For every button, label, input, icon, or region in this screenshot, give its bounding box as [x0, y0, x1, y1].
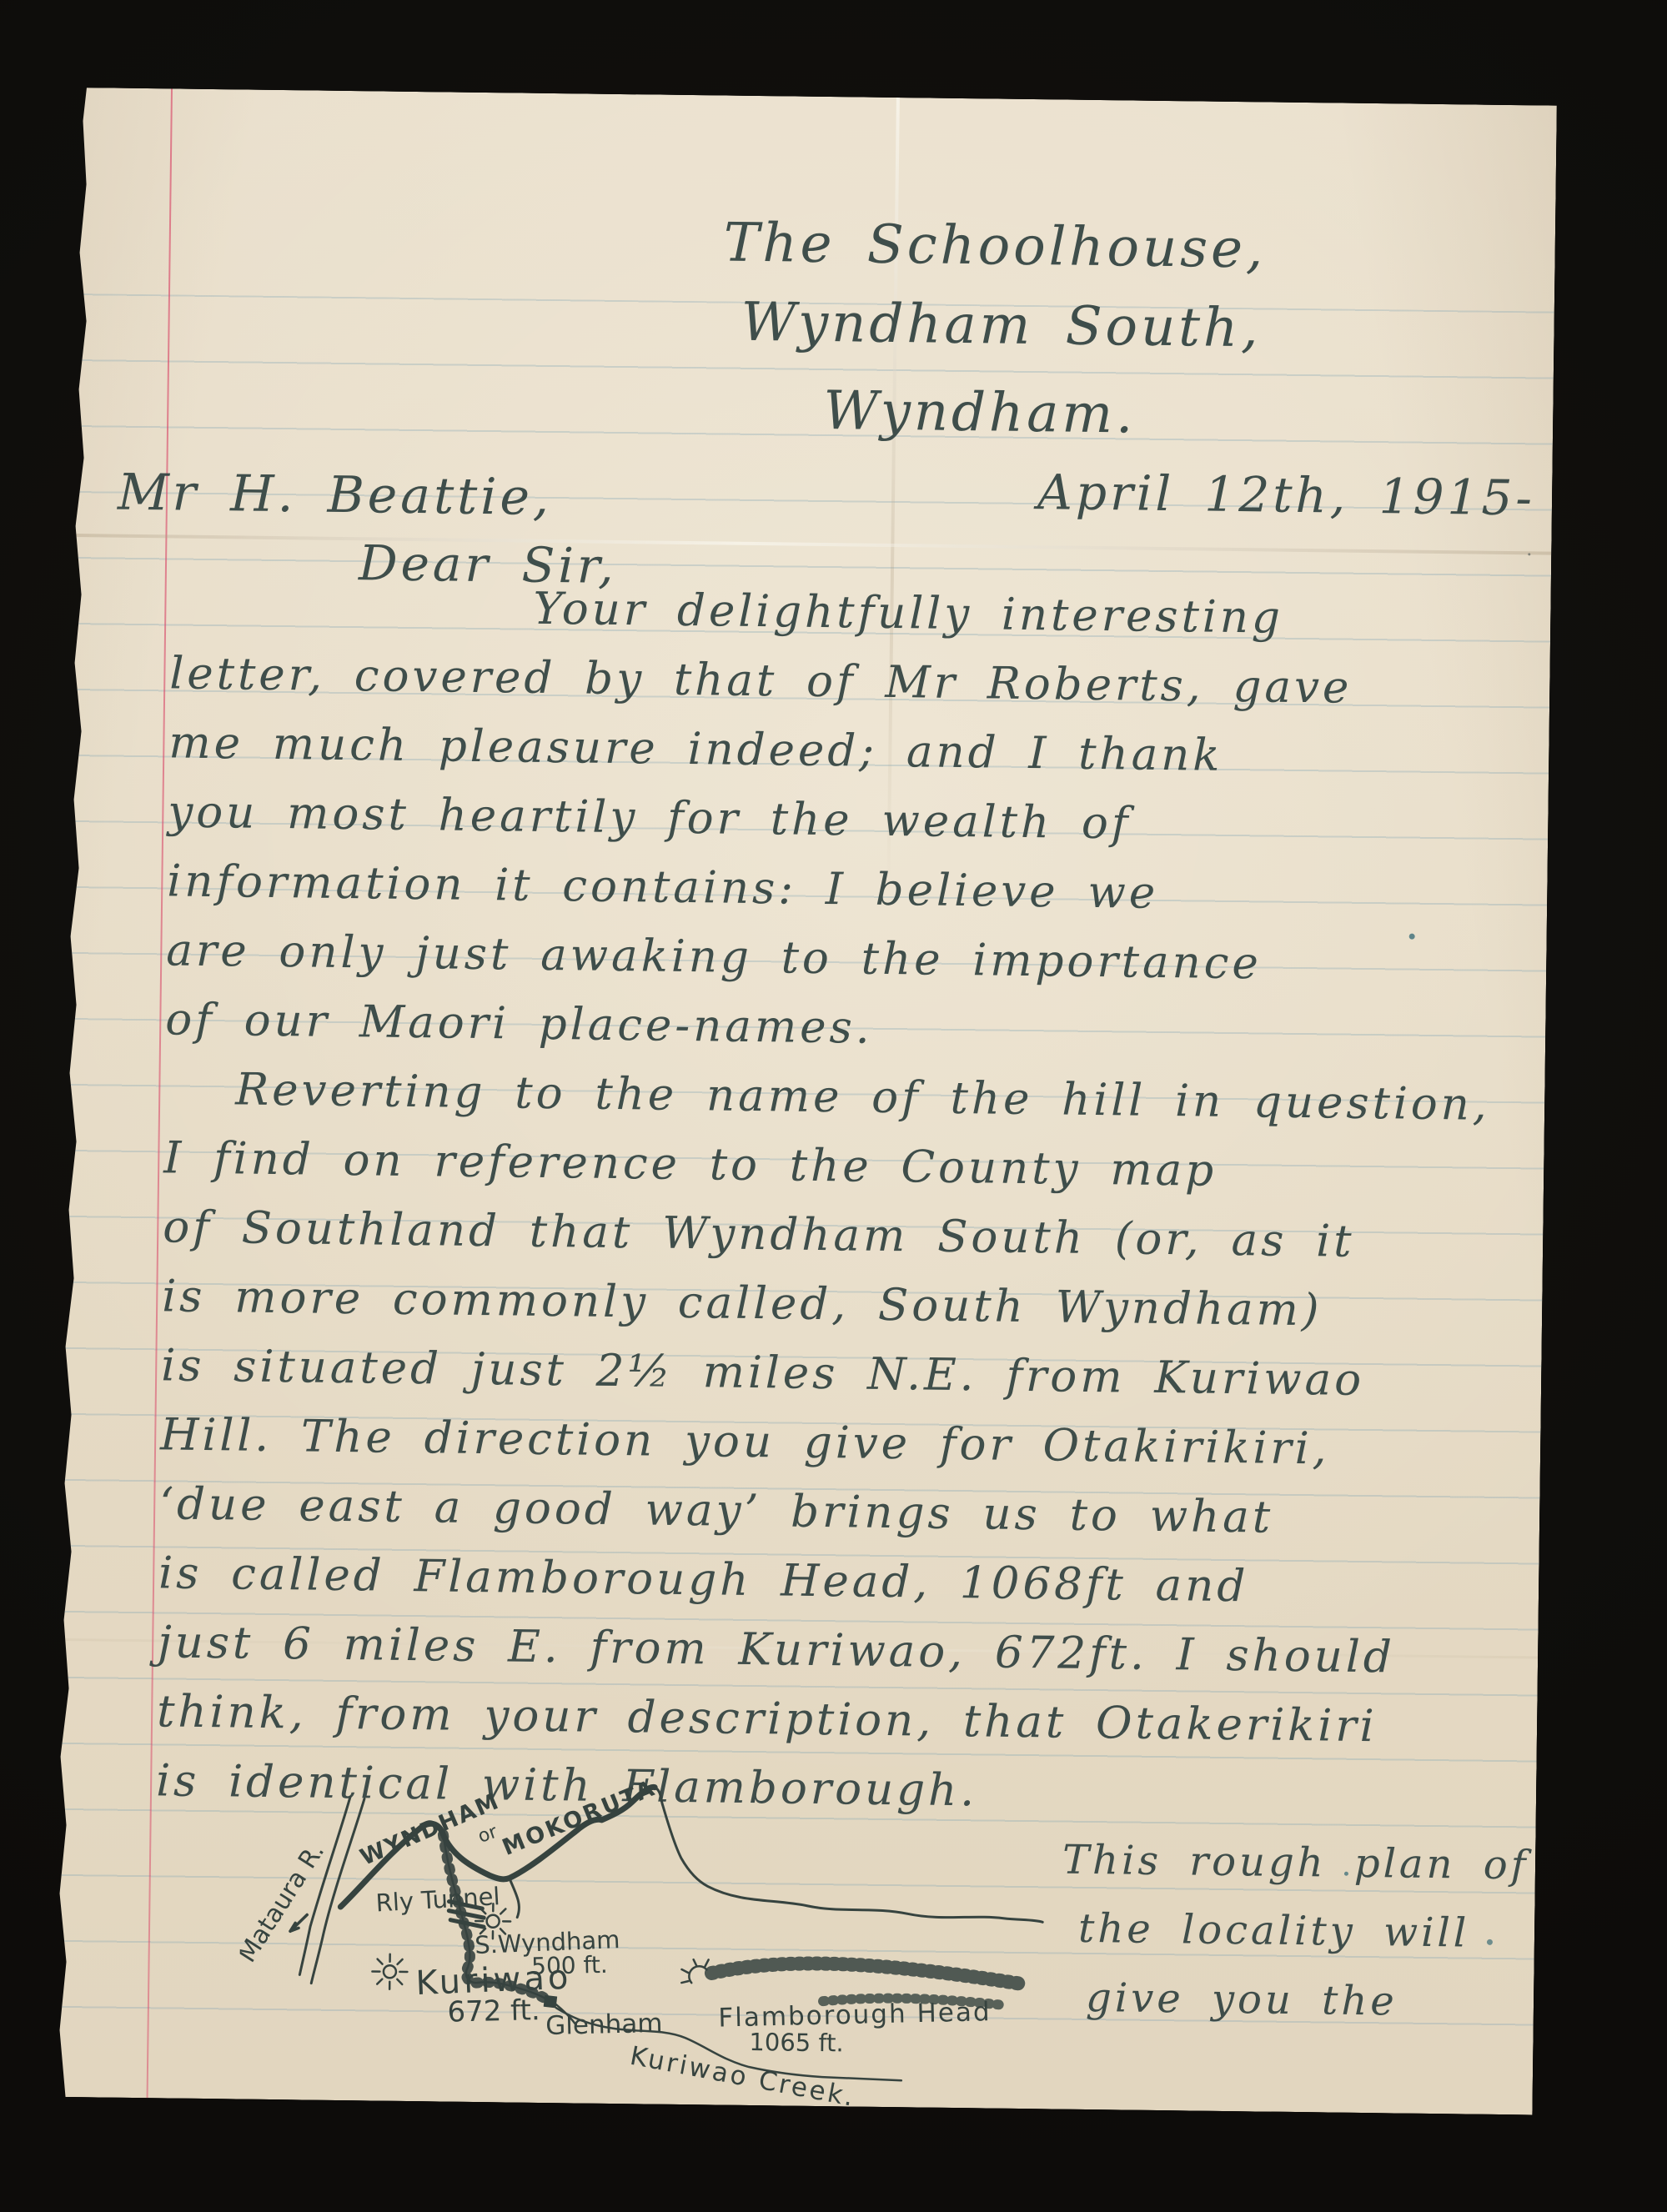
- letter-paper: The Schoolhouse, Wyndham South, Wyndham.…: [53, 88, 1557, 2115]
- body-line: information it contains: I believe we: [167, 859, 1158, 915]
- body-line: Hill. The direction you give for Otakiri…: [160, 1412, 1330, 1471]
- map-label-mokoruta: MOKORUTA: [499, 1775, 660, 1861]
- ink-specks: [1409, 934, 1415, 940]
- map-flow-arrow: [290, 1914, 307, 1931]
- side-note-line: This rough plan of: [1062, 1840, 1529, 1886]
- body-line: I find on reference to the County map: [163, 1136, 1217, 1192]
- body-line: ‘due east a good way’ brings us to what: [159, 1482, 1274, 1539]
- body-line: you most heartily for the wealth of: [168, 790, 1132, 845]
- body-line: of Southland that Wyndham South (or, as …: [163, 1205, 1355, 1263]
- body-line: of our Maori place-names.: [165, 997, 873, 1050]
- map-label-flamborough-height: 1065 ft.: [749, 2028, 844, 2057]
- body-line: just 6 miles E. from Kuriwao, 672ft. I s…: [158, 1620, 1395, 1679]
- map-river-wyndham-tail: [653, 1788, 1044, 1923]
- map-label-kuriwao-height: 672 ft.: [447, 1994, 540, 2029]
- map-label-or: or: [475, 1821, 500, 1847]
- horizontal-fold-crease: [71, 534, 1551, 555]
- hand-drawn-map: Mataura R. WYNDHAM or MOKORUTA Rly Tunne…: [238, 1774, 1076, 2118]
- body-line: is situated just 2½ miles N.E. from Kuri…: [161, 1343, 1364, 1402]
- body-line: letter, covered by that of Mr Roberts, g…: [169, 651, 1353, 710]
- map-ridge-hachures: [711, 1962, 1019, 1984]
- address-line-2: Wyndham South,: [741, 296, 1262, 356]
- body-line: Reverting to the name of the hill in que…: [235, 1067, 1490, 1126]
- map-label-glenham: Glenham: [545, 2009, 663, 2041]
- recipient-line: Mr H. Beattie,: [118, 468, 553, 523]
- address-line-1: The Schoolhouse,: [723, 216, 1266, 276]
- side-note-line: give you the: [1086, 1978, 1398, 2022]
- body-line: Your delightfully interesting: [533, 587, 1283, 640]
- body-line: are only just awaking to the importance: [166, 928, 1262, 986]
- salutation-line: Dear Sir,: [359, 539, 617, 590]
- address-line-3: Wyndham.: [823, 384, 1137, 442]
- body-line: is called Flamborough Head, 1068ft and: [158, 1551, 1249, 1608]
- letter-date: April 12th, 1915-: [1037, 468, 1535, 522]
- map-sun-kuriwao: [372, 1954, 408, 1990]
- side-note-line: the locality will: [1078, 1909, 1470, 1954]
- map-label-rly-tunnel: Rly Tunnel: [375, 1882, 501, 1918]
- map-sun-flamborough: [681, 1959, 708, 1983]
- body-line: is more commonly called, South Wyndham): [162, 1274, 1323, 1332]
- body-line: me much pleasure indeed; and I thank: [168, 720, 1223, 777]
- map-river-branch: [509, 1878, 520, 1917]
- body-line: think, from your description, that Otake…: [157, 1689, 1378, 1748]
